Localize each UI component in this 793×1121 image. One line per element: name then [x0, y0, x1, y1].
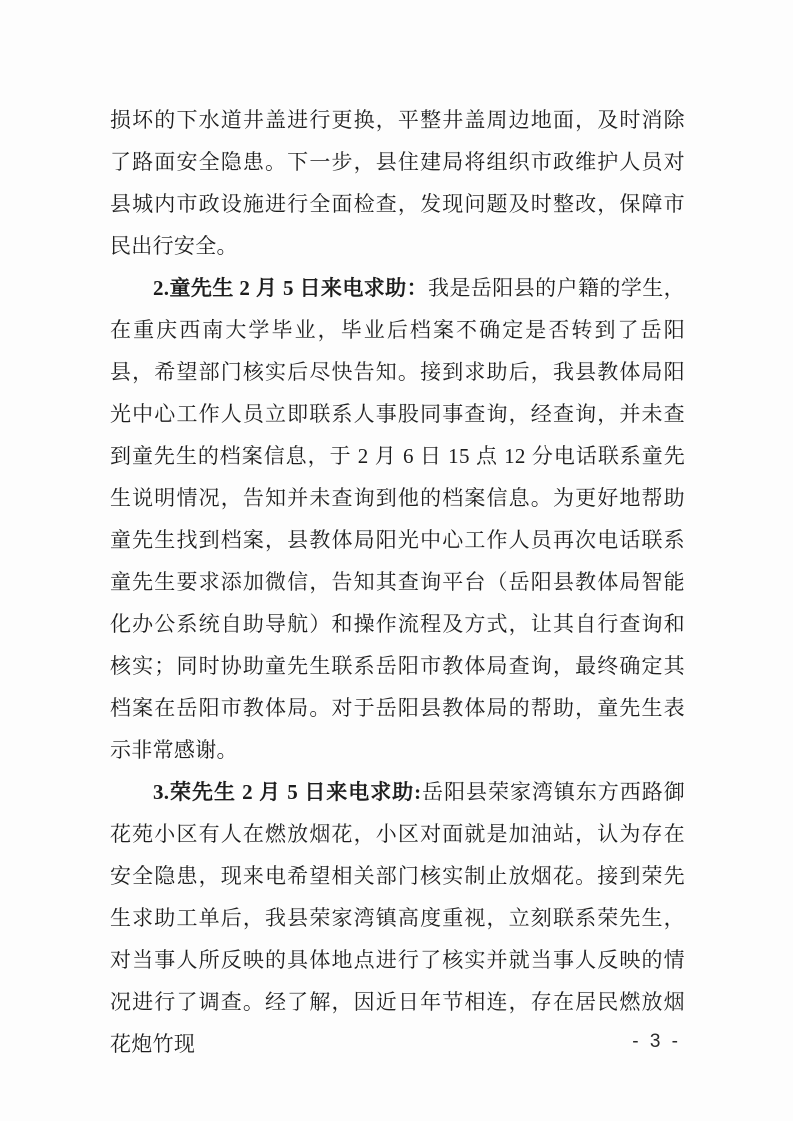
body-text: 损坏的下水道井盖进行更换，平整井盖周边地面，及时消除了路面安全隐患。下一步，县住…	[110, 99, 685, 1065]
document-page: 损坏的下水道井盖进行更换，平整井盖周边地面，及时消除了路面安全隐患。下一步，县住…	[0, 0, 793, 1121]
paragraph-continuation: 损坏的下水道井盖进行更换，平整井盖周边地面，及时消除了路面安全隐患。下一步，县住…	[110, 99, 685, 267]
paragraph-text: 岳阳县荣家湾镇东方西路御花苑小区有人在燃放烟花，小区对面就是加油站，认为存在安全…	[110, 780, 685, 1056]
paragraph-heading: 2.童先生 2 月 5 日来电求助：	[153, 276, 428, 300]
paragraph-item-2: 2.童先生 2 月 5 日来电求助：我是岳阳县的户籍的学生，在重庆西南大学毕业，…	[110, 267, 685, 771]
paragraph-text: 我是岳阳县的户籍的学生，在重庆西南大学毕业，毕业后档案不确定是否转到了岳阳县，希…	[110, 276, 685, 762]
page-number: - 3 -	[632, 1031, 681, 1053]
paragraph-heading: 3.荣先生 2 月 5 日来电求助:	[153, 780, 421, 804]
paragraph-item-3: 3.荣先生 2 月 5 日来电求助:岳阳县荣家湾镇东方西路御花苑小区有人在燃放烟…	[110, 771, 685, 1065]
paragraph-text: 损坏的下水道井盖进行更换，平整井盖周边地面，及时消除了路面安全隐患。下一步，县住…	[110, 108, 685, 258]
